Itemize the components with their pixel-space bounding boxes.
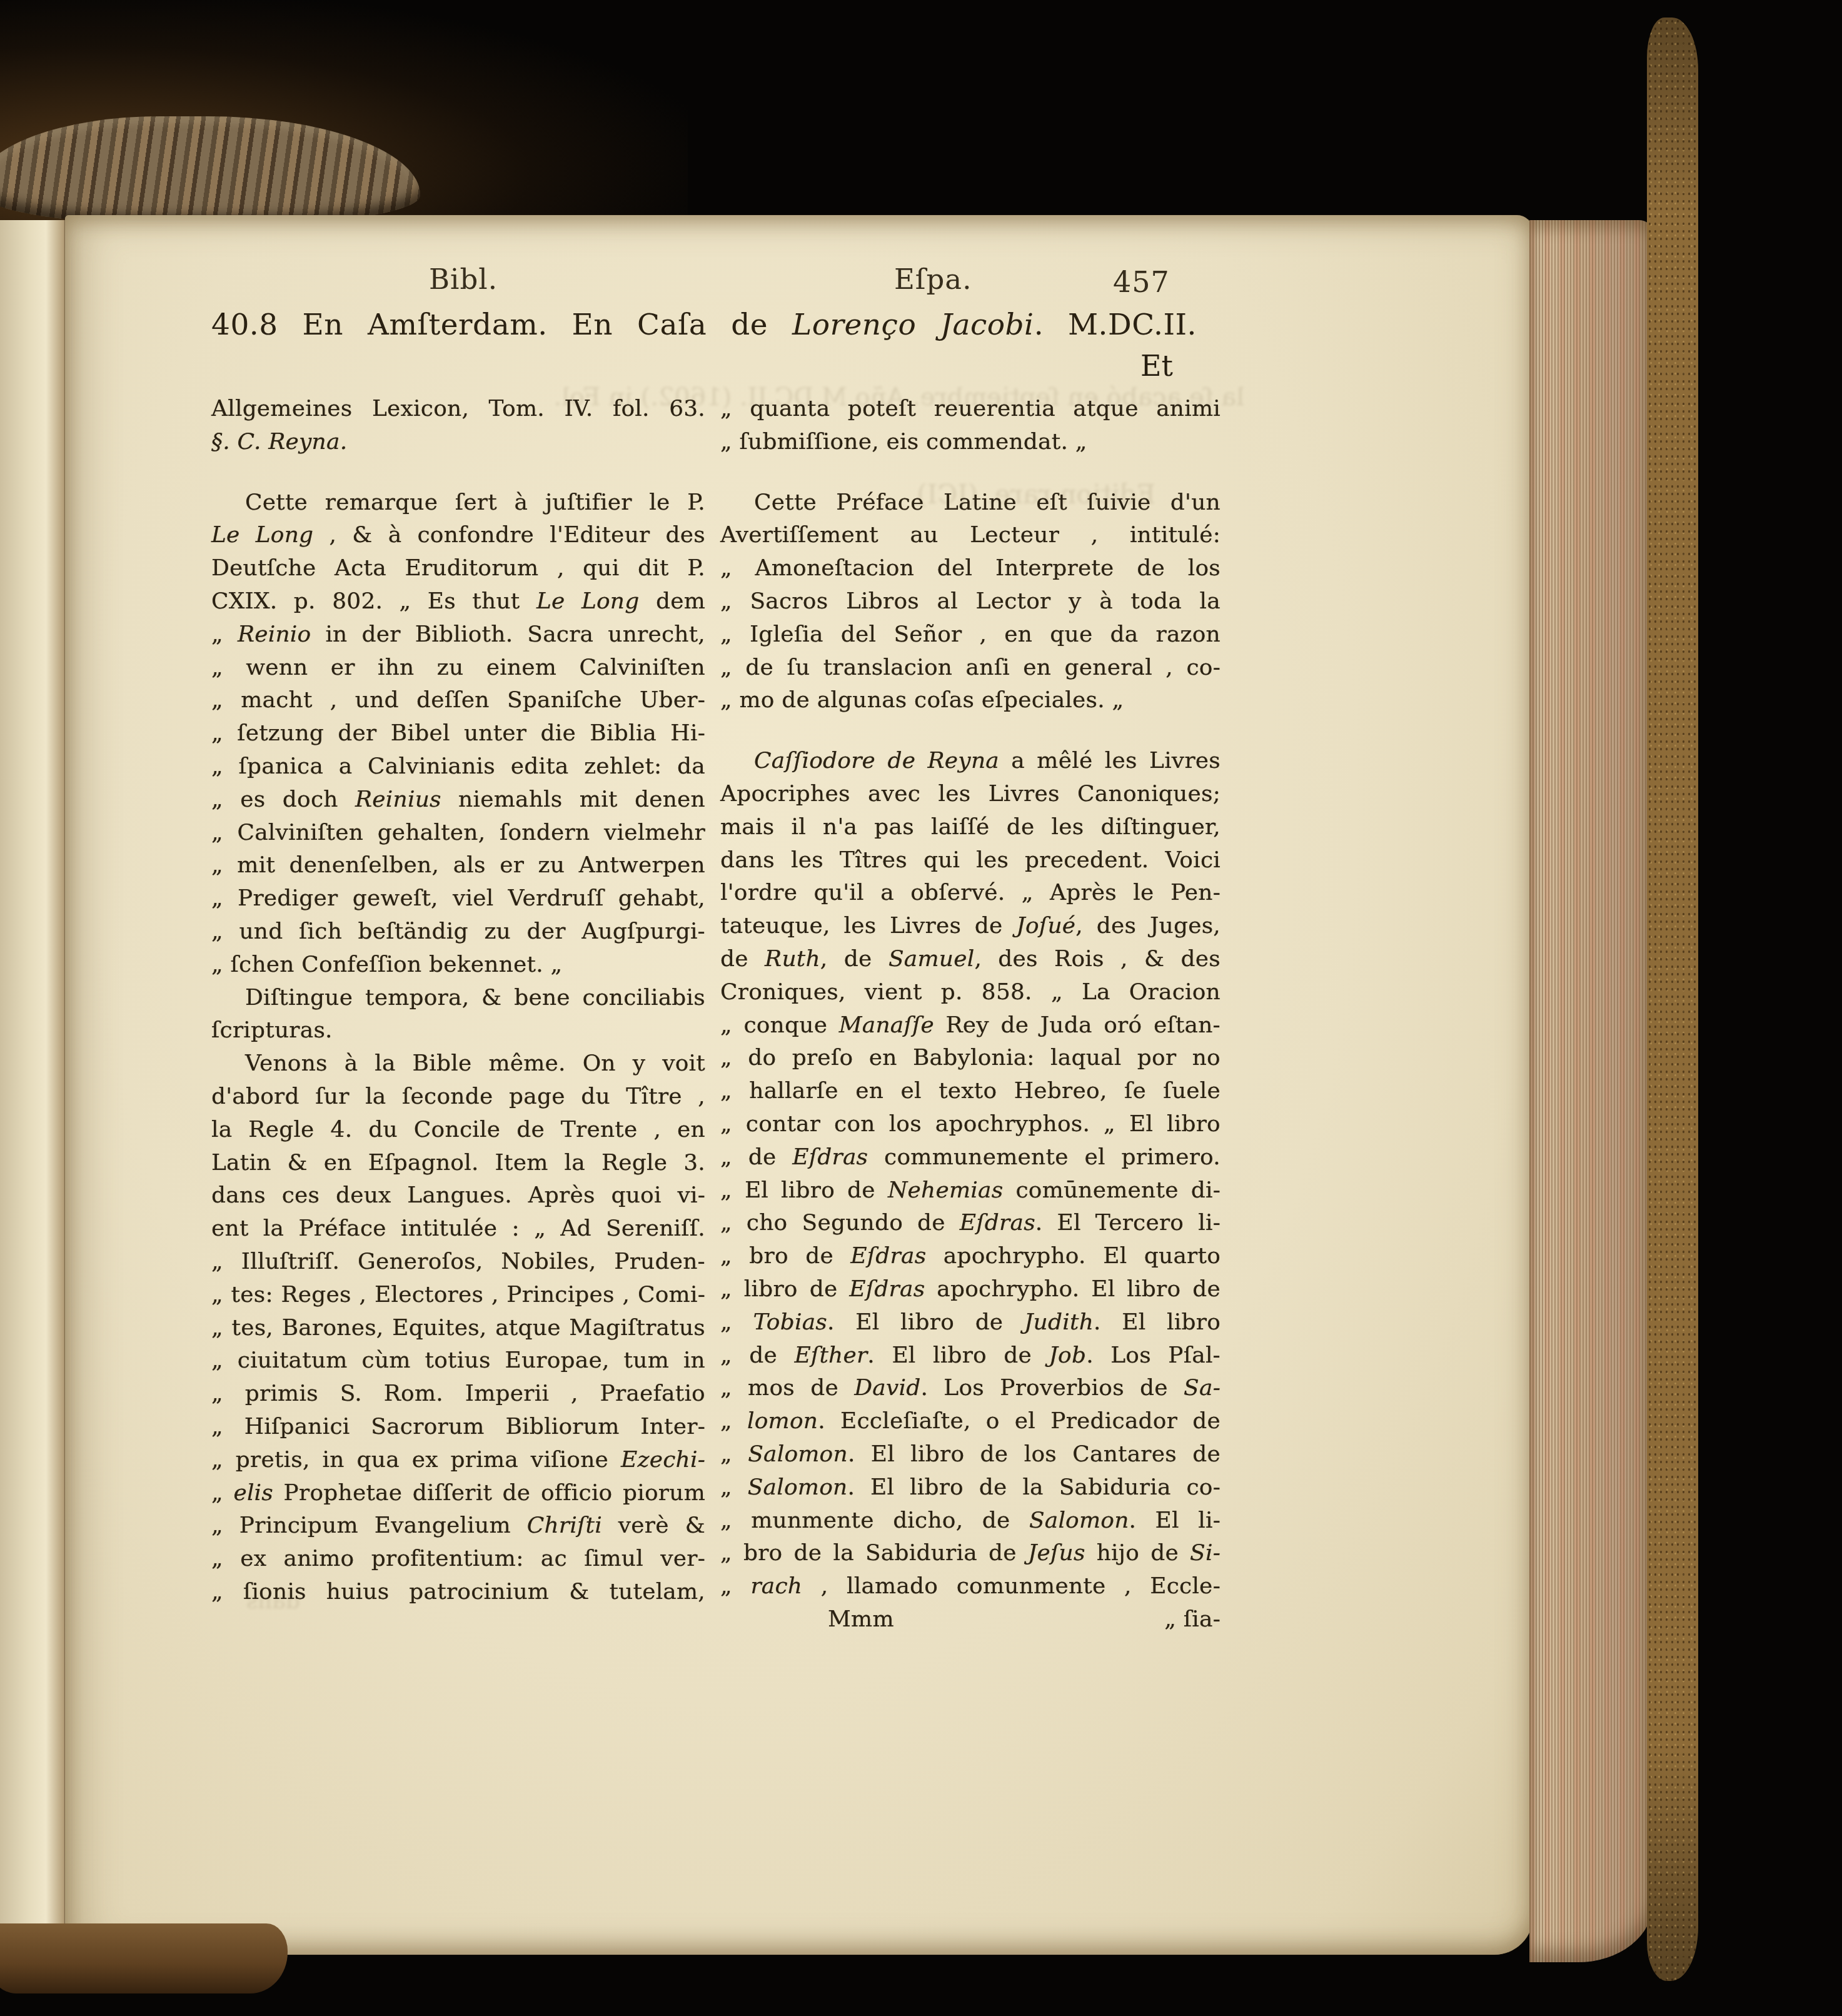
page-number: 457 xyxy=(1113,265,1170,299)
text-segment: Reinius xyxy=(355,787,441,812)
text-segment: , des Rois , & des xyxy=(974,946,1220,972)
text-segment: „ ſetzung der Bibel unter die Biblia Hi- xyxy=(211,720,705,746)
text-segment: Cette remarque ſert à juſtifier le P. xyxy=(245,490,705,515)
text-segment: , de xyxy=(820,946,888,972)
text-segment: Le Long xyxy=(536,588,640,614)
text-segment: „ de ſu translacion anſi en general , co… xyxy=(720,655,1220,680)
text-line: „ tes, Barones, Equites, atque Magiſtrat… xyxy=(211,1312,705,1345)
text-segment: „ cho Segundo de xyxy=(720,1210,960,1236)
text-segment: dans ces deux Langues. Après quoi vi- xyxy=(211,1182,705,1208)
text-segment: mais il n'a pas laiſſé de les diſtinguer… xyxy=(720,814,1220,840)
text-segment: hijo de xyxy=(1085,1540,1190,1566)
text-segment: . El li- xyxy=(1129,1508,1220,1533)
text-line: Le Long , & à confondre l'Editeur des xyxy=(211,519,705,552)
text-segment: . El libro de xyxy=(827,1309,1024,1335)
text-segment: Latin & en Eſpagnol. Item la Regle 3. xyxy=(211,1150,705,1176)
text-line: „ bro de Eſdras apochrypho. El quarto xyxy=(720,1240,1220,1273)
text-segment: „ primis S. Rom. Imperii , Praefatio xyxy=(211,1381,705,1406)
text-segment: tateuque, les Livres de xyxy=(720,913,1016,939)
text-segment: Salomon xyxy=(748,1441,848,1467)
entry-imprint: En Amſterdam. En Caſa de Lorenço Jacobi.… xyxy=(303,308,1197,342)
text-line: Avertiſſement au Lecteur , intitulé: xyxy=(720,519,1220,552)
text-line: de Ruth, de Samuel, des Rois , & des xyxy=(720,943,1220,976)
text-segment: Eſdras xyxy=(792,1144,868,1170)
text-segment: Ezechi- xyxy=(621,1447,705,1473)
text-segment: Chriſti xyxy=(527,1513,602,1538)
text-segment: . El libro de xyxy=(867,1343,1049,1368)
text-line: „ tes: Reges , Electores , Principes , C… xyxy=(211,1279,705,1312)
text-segment: „ de xyxy=(720,1144,792,1170)
text-segment: Lorenço Jacobi xyxy=(792,308,1034,342)
entry-heading: 40.8 En Amſterdam. En Caſa de Lorenço Ja… xyxy=(211,308,1197,342)
text-line: Cette remarque ſert à juſtifier le P. xyxy=(211,486,705,520)
text-line: §. C. Reyna. xyxy=(211,426,705,459)
text-segment: „ Igleſia del Señor , en que da razon xyxy=(720,622,1220,647)
text-segment: Jeſus xyxy=(1028,1540,1085,1566)
text-line: „ do preſo en Babylonia: laqual por no xyxy=(720,1042,1220,1075)
text-line: „ de ſu translacion anſi en general , co… xyxy=(720,652,1220,685)
text-segment: . El libro de la Sabiduria co- xyxy=(847,1474,1220,1500)
text-segment: „ wenn er ihn zu einem Calviniſten xyxy=(211,655,705,680)
text-segment: la Regle 4. du Concile de Trente , en xyxy=(211,1117,705,1142)
text-line: „ rach , llamado comunmente , Eccle- xyxy=(720,1570,1220,1603)
text-segment: „ Prediger geweſt, viel Verdruſſ gehabt, xyxy=(211,885,705,911)
text-segment: Salomon xyxy=(1029,1508,1129,1533)
text-segment: En Amſterdam. En Caſa de xyxy=(303,308,792,342)
text-line: „ wenn er ihn zu einem Calviniſten xyxy=(211,652,705,685)
text-segment: „ ſchen Confeſſion bekennet. „ xyxy=(211,952,562,977)
text-segment: Tobias xyxy=(753,1309,827,1335)
text-segment: Le Long xyxy=(211,522,313,548)
text-segment: . Los Proverbios de xyxy=(920,1375,1184,1401)
text-line: „ de Eſther. El libro de Job. Los Pſal- xyxy=(720,1339,1220,1373)
text-segment: „ quanta poteſt reuerentia atque animi xyxy=(720,396,1220,421)
text-line: „ Calviniſten gehalten, ſondern vielmehr xyxy=(211,817,705,850)
text-line: „ ex animo profitentium: ac ſimul ver- xyxy=(211,1543,705,1576)
text-segment: „ xyxy=(720,1441,748,1467)
text-segment: „ xyxy=(720,1474,748,1500)
text-segment: CXIX. p. 802. „ Es thut xyxy=(211,588,536,614)
text-segment: „ und ſich beſtändig zu der Augſpurgi- xyxy=(211,919,705,944)
text-segment: Caſſiodore de Reyna xyxy=(754,748,999,774)
text-line: „ lomon. Eccleſiaſte, o el Predicador de xyxy=(720,1405,1220,1438)
text-line: Apocriphes avec les Livres Canoniques; xyxy=(720,778,1220,811)
text-line: Diſtingue tempora, & bene conciliabis xyxy=(211,982,705,1015)
text-line: „ und ſich beſtändig zu der Augſpurgi- xyxy=(211,915,705,949)
text-segment: Samuel xyxy=(888,946,974,972)
text-segment: „ es doch xyxy=(211,787,355,812)
text-segment: „ El libro de xyxy=(720,1177,888,1203)
text-line: „ Sacros Libros al Lector y à toda la xyxy=(720,585,1220,618)
text-segment: „ bro de xyxy=(720,1243,850,1269)
text-line: „ Principum Evangelium Chriſti verè & xyxy=(211,1509,705,1543)
text-segment: Job xyxy=(1049,1343,1086,1368)
text-segment: „ xyxy=(720,1573,750,1599)
entry-number: 40.8 xyxy=(211,308,278,342)
running-title-center: Eſpa. xyxy=(894,263,972,296)
text-line: „ Amoneſtacion del Interprete de los xyxy=(720,552,1220,585)
text-segment: „ xyxy=(211,622,238,647)
text-segment: Manaſſe xyxy=(839,1012,934,1038)
text-line: „ mo de algunas coſas eſpeciales. „ xyxy=(720,684,1220,717)
text-segment: Rey de Juda oró eſtan- xyxy=(934,1012,1220,1038)
text-segment: apochrypho. El quarto xyxy=(926,1243,1220,1269)
text-segment: d'abord ſur la ſeconde page du Tître , xyxy=(211,1084,705,1109)
text-segment: ent la Préface intitulée : „ Ad Sereniſſ… xyxy=(211,1216,705,1241)
text-segment: Prophetae diſſerit de officio piorum xyxy=(273,1480,705,1506)
text-line: „ munmente dicho, de Salomon. El li- xyxy=(720,1504,1220,1538)
text-line: tateuque, les Livres de Joſué, des Juges… xyxy=(720,910,1220,943)
text-line: „ ſpanica a Calvinianis edita zehlet: da xyxy=(211,750,705,784)
text-segment: verè & xyxy=(602,1513,705,1538)
text-line: Venons à la Bible même. On y voit xyxy=(211,1047,705,1081)
text-line: „ pretis, in qua ex prima viſione Ezechi… xyxy=(211,1444,705,1477)
text-segment: „ ſubmiſſione, eis commendat. „ xyxy=(720,429,1087,455)
text-segment: comūnemente di- xyxy=(1003,1177,1220,1203)
text-segment: Judith xyxy=(1024,1309,1094,1335)
heading-catchword: Et xyxy=(1140,349,1173,383)
text-line: „ conque Manaſſe Rey de Juda oró eſtan- xyxy=(720,1009,1220,1042)
text-line: d'abord ſur la ſeconde page du Tître , xyxy=(211,1081,705,1114)
text-segment: Si- xyxy=(1190,1540,1220,1566)
text-line: „ bro de la Sabiduria de Jeſus hijo de S… xyxy=(720,1537,1220,1570)
text-line: ſcripturas. xyxy=(211,1014,705,1047)
text-segment: „ Calviniſten gehalten, ſondern vielmehr xyxy=(211,820,705,845)
text-segment: apochrypho. El libro de xyxy=(925,1276,1220,1302)
text-segment: Eſdras xyxy=(849,1276,925,1302)
text-line: dans ces deux Langues. Après quoi vi- xyxy=(211,1179,705,1212)
text-segment: „ mo de algunas coſas eſpeciales. „ xyxy=(720,687,1124,713)
text-segment: David xyxy=(854,1375,920,1401)
text-segment: „ macht , und deſſen Spaniſche Uber- xyxy=(211,687,705,713)
text-line: Croniques, vient p. 858. „ La Oracion xyxy=(720,976,1220,1009)
text-line: „ Hiſpanici Sacrorum Bibliorum Inter- xyxy=(211,1411,705,1444)
text-segment: niemahls mit denen xyxy=(441,787,705,812)
text-segment: §. C. Reyna. xyxy=(211,429,347,455)
text-segment: rach xyxy=(750,1573,802,1599)
text-segment: ſcripturas. xyxy=(211,1017,333,1043)
text-line: „ elis Prophetae diſſerit de officio pio… xyxy=(211,1477,705,1510)
text-segment: . El libro de los Cantares de xyxy=(848,1441,1220,1467)
text-segment: „ xyxy=(211,1480,233,1506)
text-line: „ quanta poteſt reuerentia atque animi xyxy=(720,393,1220,426)
signature-mark: Mmm xyxy=(828,1603,894,1636)
signature-catchword-line: Mmm„ ſia- xyxy=(720,1603,1220,1636)
text-segment: Venons à la Bible même. On y voit xyxy=(245,1051,705,1076)
text-line: Deutſche Acta Eruditorum , qui dit P. xyxy=(211,552,705,585)
text-segment: „ tes: Reges , Electores , Principes , C… xyxy=(211,1282,705,1308)
text-segment: „ Principum Evangelium xyxy=(211,1513,527,1538)
text-segment: Eſdras xyxy=(960,1210,1035,1236)
text-line: dans les Tîtres qui les precedent. Voici xyxy=(720,844,1220,877)
text-line: „ ſubmiſſione, eis commendat. „ xyxy=(720,426,1220,459)
text-segment: „ libro de xyxy=(720,1276,849,1302)
text-segment: „ Sacros Libros al Lector y à toda la xyxy=(720,588,1220,614)
text-line: Caſſiodore de Reyna a mêlé les Livres xyxy=(720,745,1220,778)
text-line: „ primis S. Rom. Imperii , Praefatio xyxy=(211,1378,705,1411)
text-line: „ Igleſia del Señor , en que da razon xyxy=(720,618,1220,652)
text-segment: . El Tercero li- xyxy=(1035,1210,1220,1236)
text-segment: „ hallarſe en el texto Hebreo, ſe ſuele xyxy=(720,1078,1220,1104)
text-segment: Reinio xyxy=(238,622,311,647)
text-segment: „ ciuitatum cùm totius Europae, tum in xyxy=(211,1348,705,1373)
text-segment: „ do preſo en Babylonia: laqual por no xyxy=(720,1045,1220,1071)
text-segment: „ munmente dicho, de xyxy=(720,1508,1029,1533)
text-segment: communemente el primero. xyxy=(868,1144,1220,1170)
text-line: mais il n'a pas laiſſé de les diſtinguer… xyxy=(720,811,1220,844)
text-segment: elis xyxy=(233,1480,273,1506)
text-segment: Ruth xyxy=(765,946,820,972)
text-segment: dans les Tîtres qui les precedent. Voici xyxy=(720,847,1220,873)
text-segment: „ conque xyxy=(720,1012,839,1038)
text-line: „ Prediger geweſt, viel Verdruſſ gehabt, xyxy=(211,882,705,915)
text-segment: „ contar con los apochryphos. „ El libro xyxy=(720,1111,1220,1137)
text-line: „ ſchen Confeſſion bekennet. „ xyxy=(211,949,705,982)
text-segment: Nehemias xyxy=(888,1177,1003,1203)
text-line: ent la Préface intitulée : „ Ad Sereniſſ… xyxy=(211,1212,705,1246)
text-line: „ contar con los apochryphos. „ El libro xyxy=(720,1108,1220,1141)
text-line: „ ſionis huius patrocinium & tutelam, xyxy=(211,1576,705,1609)
text-line: Cette Préface Latine eſt ſuivie d'un xyxy=(720,486,1220,520)
running-title-left: Bibl. xyxy=(429,263,498,296)
text-segment: a mêlé les Livres xyxy=(999,748,1220,774)
text-segment: l'ordre qu'il a obſervé. „ Après le Pen- xyxy=(720,880,1220,905)
text-segment: „ Amoneſtacion del Interprete de los xyxy=(720,555,1220,581)
text-segment: „ ex animo profitentium: ac ſimul ver- xyxy=(211,1546,705,1571)
text-segment: de xyxy=(720,946,765,972)
text-segment: Croniques, vient p. 858. „ La Oracion xyxy=(720,979,1220,1005)
text-segment: „ Illuſtriſſ. Generoſos, Nobiles, Pruden… xyxy=(211,1249,705,1274)
text-segment: Deutſche Acta Eruditorum , qui dit P. xyxy=(211,555,705,581)
text-segment: „ bro de la Sabiduria de xyxy=(720,1540,1028,1566)
text-line: „ mos de David. Los Proverbios de Sa- xyxy=(720,1372,1220,1405)
text-segment: „ ſionis huius patrocinium & tutelam, xyxy=(211,1579,705,1605)
text-segment: Allgemeines Lexicon, Tom. IV. fol. 63. xyxy=(211,396,705,421)
text-line: CXIX. p. 802. „ Es thut Le Long dem xyxy=(211,585,705,618)
text-line: „ es doch Reinius niemahls mit denen xyxy=(211,784,705,817)
text-segment: . El libro xyxy=(1094,1309,1220,1335)
text-column-right: „ quanta poteſt reuerentia atque animi„ … xyxy=(720,393,1220,1636)
text-line: „ mit denenſelben, als er zu Antwerpen xyxy=(211,849,705,882)
text-line: „ Tobias. El libro de Judith. El libro xyxy=(720,1306,1220,1339)
text-line: l'ordre qu'il a obſervé. „ Après le Pen- xyxy=(720,877,1220,910)
text-column-left: Allgemeines Lexicon, Tom. IV. fol. 63.§.… xyxy=(211,393,705,1609)
text-segment: „ pretis, in qua ex prima viſione xyxy=(211,1447,621,1473)
text-segment: in der Biblioth. Sacra unrecht, xyxy=(311,622,705,647)
text-line: „ hallarſe en el texto Hebreo, ſe ſuele xyxy=(720,1075,1220,1108)
text-segment: Apocriphes avec les Livres Canoniques; xyxy=(720,781,1220,807)
text-segment: Eſdras xyxy=(850,1243,926,1269)
text-segment: , llamado comunmente , Eccle- xyxy=(802,1573,1220,1599)
text-line: „ cho Segundo de Eſdras. El Tercero li- xyxy=(720,1207,1220,1240)
text-line: „ El libro de Nehemias comūnemente di- xyxy=(720,1174,1220,1207)
text-line: la Regle 4. du Concile de Trente , en xyxy=(211,1114,705,1147)
text-segment: „ mit denenſelben, als er zu Antwerpen xyxy=(211,852,705,878)
text-segment: „ de xyxy=(720,1343,794,1368)
text-line: „ Reinio in der Biblioth. Sacra unrecht, xyxy=(211,618,705,652)
text-line: „ libro de Eſdras apochrypho. El libro d… xyxy=(720,1273,1220,1306)
text-line: „ ciuitatum cùm totius Europae, tum in xyxy=(211,1344,705,1378)
page-text-layer: la ſe acabó en ſeptiembre. Año M.DC.II. … xyxy=(0,0,1842,2016)
text-segment: Eſther xyxy=(794,1343,867,1368)
text-line: „ Illuſtriſſ. Generoſos, Nobiles, Pruden… xyxy=(211,1246,705,1279)
text-line: „ ſetzung der Bibel unter die Biblia Hi- xyxy=(211,717,705,750)
text-line: Allgemeines Lexicon, Tom. IV. fol. 63. xyxy=(211,393,705,426)
text-segment: Sa- xyxy=(1184,1375,1220,1401)
text-line: „ Salomon. El libro de la Sabiduria co- xyxy=(720,1471,1220,1504)
text-segment: . Eccleſiaſte, o el Predicador de xyxy=(818,1408,1220,1434)
text-segment: „ xyxy=(720,1408,747,1434)
text-line: „ Salomon. El libro de los Cantares de xyxy=(720,1438,1220,1471)
text-segment: „ tes, Barones, Equites, atque Magiſtrat… xyxy=(211,1315,705,1341)
text-segment: lomon xyxy=(747,1408,818,1434)
text-segment: , des Juges, xyxy=(1075,913,1220,939)
text-segment: . Los Pſal- xyxy=(1086,1343,1220,1368)
text-segment: , & à confondre l'Editeur des xyxy=(313,522,705,548)
text-segment: Avertiſſement au Lecteur , intitulé: xyxy=(720,522,1220,548)
text-segment: Salomon xyxy=(748,1474,848,1500)
text-line: „ de Eſdras communemente el primero. xyxy=(720,1141,1220,1174)
text-segment: dem xyxy=(640,588,706,614)
text-line: „ macht , und deſſen Spaniſche Uber- xyxy=(211,684,705,717)
text-segment: Joſué xyxy=(1016,913,1075,939)
catchword: „ ſia- xyxy=(1164,1603,1220,1636)
text-segment: Diſtingue tempora, & bene conciliabis xyxy=(245,985,705,1011)
text-segment: „ mos de xyxy=(720,1375,854,1401)
text-segment: „ ſpanica a Calvinianis edita zehlet: da xyxy=(211,753,705,779)
text-segment: „ xyxy=(720,1309,753,1335)
text-segment: . M.DC.II. xyxy=(1034,308,1197,342)
text-line: Latin & en Eſpagnol. Item la Regle 3. xyxy=(211,1147,705,1180)
text-segment: „ Hiſpanici Sacrorum Bibliorum Inter- xyxy=(211,1414,705,1439)
text-segment: Cette Préface Latine eſt ſuivie d'un xyxy=(754,490,1220,515)
